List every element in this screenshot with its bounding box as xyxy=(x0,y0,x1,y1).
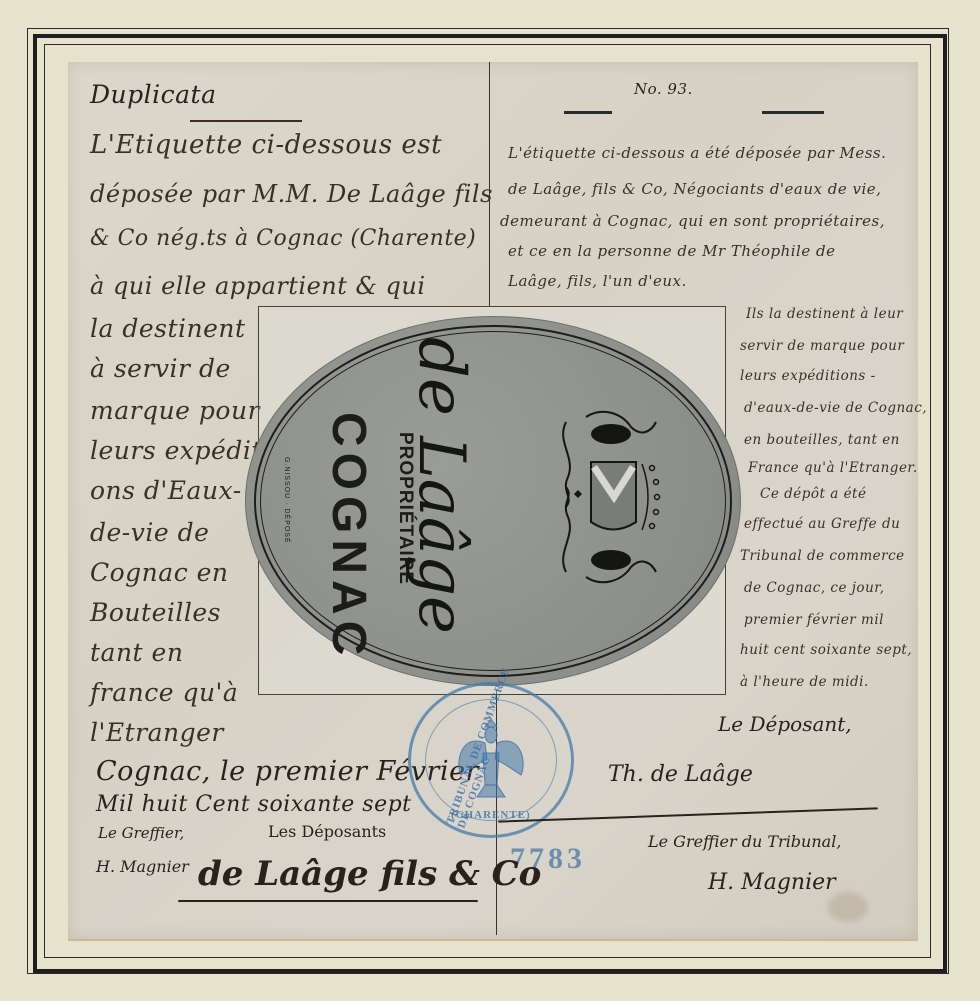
left-line: à qui elle appartient & qui xyxy=(90,272,426,300)
tribunal-seal-stamp: TRIBUNAL DE COMMERCE DE COGNAC (CHARENTE… xyxy=(408,682,574,838)
deposants-label: Les Déposants xyxy=(268,822,386,841)
closing-year-line: Mil huit Cent soixante sept xyxy=(96,792,412,817)
number-dash-right xyxy=(762,111,824,114)
deposants-signature: de Laâge fils & Co xyxy=(198,854,541,894)
right-line: Laâge, fils, l'un d'eux. xyxy=(508,272,687,290)
document-sheet: Duplicata L'Etiquette ci-dessous est dép… xyxy=(68,62,918,941)
coat-of-arms-icon xyxy=(556,402,666,592)
printer-mark: G.NISSOU · DÉPOSÉ xyxy=(283,457,290,544)
right-side-line: huit cent soixante sept, xyxy=(740,642,912,658)
right-side-line: Tribunal de commerce xyxy=(740,548,905,564)
greffier-name-left: H. Magnier xyxy=(96,857,189,876)
deposant-label-right: Le Déposant, xyxy=(718,712,852,736)
label-script-name: de Laâge xyxy=(404,337,478,634)
greffier-label-left: Le Greffier, xyxy=(98,824,184,842)
deposant-signature-right: Th. de Laâge xyxy=(608,762,753,787)
left-line: Cognac en xyxy=(90,558,229,587)
left-line: Bouteilles xyxy=(90,598,221,627)
right-line: de Laâge, fils & Co, Négociants d'eaux d… xyxy=(508,180,881,198)
left-line: la destinent xyxy=(90,314,246,343)
right-side-line: Ils la destinent à leur xyxy=(746,306,903,322)
right-side-line: effectué au Greffe du xyxy=(744,516,900,532)
signature-underline xyxy=(178,900,478,902)
right-side-line: en bouteilles, tant en xyxy=(744,432,900,448)
paper-stain xyxy=(828,892,868,922)
right-side-line: d'eaux-de-vie de Cognac, xyxy=(744,400,927,416)
cognac-label: G.NISSOU · DÉPOSÉ COGNAC PROPRIÉTAIRE de… xyxy=(246,317,740,685)
right-side-line: premier février mil xyxy=(744,612,884,628)
right-side-line: de Cognac, ce jour, xyxy=(744,580,885,596)
right-line: L'étiquette ci-dessous a été déposée par… xyxy=(508,144,886,162)
left-line: leurs expéditi xyxy=(90,436,270,465)
right-line: et ce en la personne de Mr Théophile de xyxy=(508,242,835,260)
right-side-line: servir de marque pour xyxy=(740,338,904,354)
left-line: de-vie de xyxy=(90,518,209,547)
left-line: ons d'Eaux- xyxy=(90,476,242,505)
left-line: & Co nég.ts à Cognac (Charente) xyxy=(90,226,476,251)
greffier-name-right: H. Magnier xyxy=(708,870,836,895)
left-line: à servir de xyxy=(90,354,231,383)
right-side-line: Ce dépôt a été xyxy=(760,486,866,502)
right-side-line: France qu'à l'Etranger. xyxy=(748,460,918,476)
heading-underline xyxy=(190,120,302,122)
greffier-label-right: Le Greffier du Tribunal, xyxy=(648,832,841,851)
left-line: déposée par M.M. De Laâge fils xyxy=(90,180,493,208)
left-line: L'Etiquette ci-dessous est xyxy=(90,130,442,160)
deposit-number: No. 93. xyxy=(634,80,693,98)
left-line: marque pour xyxy=(90,396,260,425)
left-line: l'Etranger xyxy=(90,718,224,747)
label-cognac-title: COGNAC xyxy=(321,412,376,661)
number-dash-left xyxy=(564,111,612,114)
right-side-line: à l'heure de midi. xyxy=(740,674,869,690)
left-line: france qu'à xyxy=(90,678,238,707)
left-line: tant en xyxy=(90,638,183,667)
duplicata-heading: Duplicata xyxy=(90,80,217,109)
right-side-line: leurs expéditions - xyxy=(740,368,876,384)
right-line: demeurant à Cognac, qui en sont propriét… xyxy=(500,212,885,230)
